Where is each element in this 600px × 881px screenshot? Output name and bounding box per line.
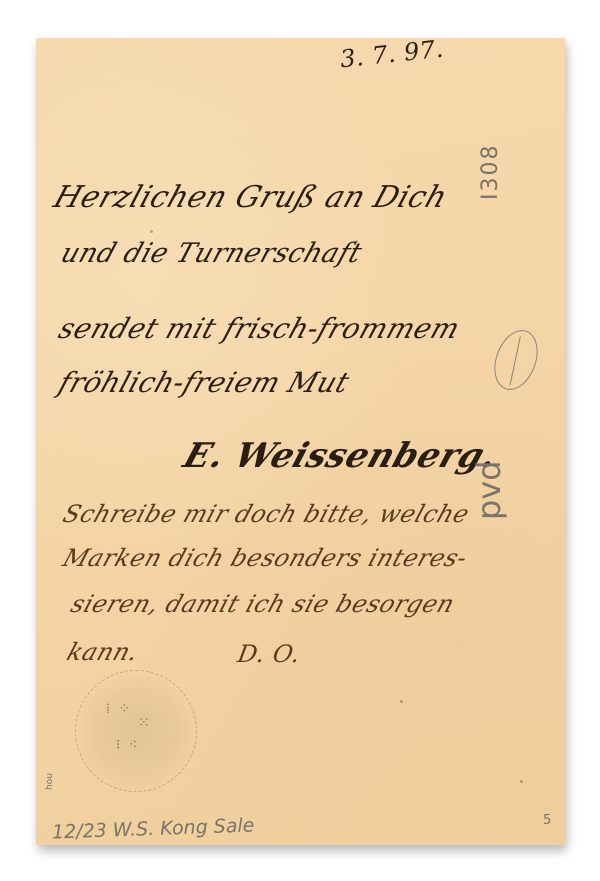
stain-speck	[150, 230, 153, 233]
corner-number: 5	[543, 813, 551, 828]
postmark-fragment: ⁙	[138, 715, 150, 731]
postmark-fragment: ⁝ ⁖	[116, 737, 137, 753]
postscript-line: kann.	[63, 638, 142, 666]
stain-speck	[400, 700, 403, 703]
edge-note: hou	[45, 773, 55, 790]
message-line: fröhlich-freiem Mut	[55, 366, 354, 399]
inventory-number: I308	[478, 144, 503, 200]
postscript-initials: D. O.	[236, 640, 303, 668]
signature: E. Weissenberg.	[179, 436, 503, 476]
postscript-line: sieren, damit ich sie besorgen	[67, 590, 458, 618]
postmark-fragment: ⁞ ⁘	[106, 701, 130, 718]
stain-speck	[520, 780, 523, 783]
message-line: Herzlichen Gruß an Dich	[49, 180, 452, 215]
postmark-stamp: ⁞ ⁘ ⁙ ⁝ ⁖	[75, 670, 197, 792]
postscript-line: Schreibe mir doch bitte, welche	[59, 500, 473, 528]
message-line: sendet mit frisch-frommem	[55, 312, 465, 345]
pencil-side-mark: pvd	[470, 460, 508, 520]
message-line: und die Turnerschaft	[57, 238, 366, 269]
postscript-line: Marken dich besonders interes-	[59, 544, 471, 572]
